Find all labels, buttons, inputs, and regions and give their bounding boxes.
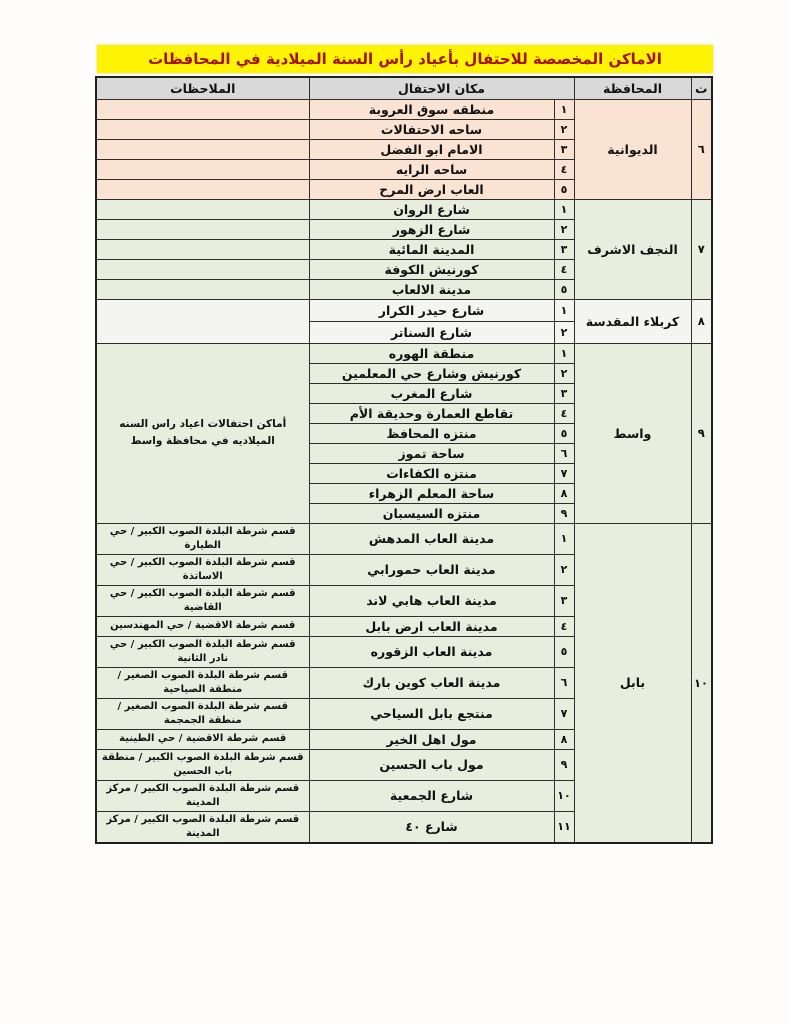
column-header-place: مكان الاحتفال xyxy=(309,77,574,99)
notes-cell xyxy=(96,199,309,219)
serial-cell: ١٠ xyxy=(691,523,712,843)
notes-cell xyxy=(96,259,309,279)
row-number-cell: ٨ xyxy=(554,729,574,749)
row-number-cell: ٦ xyxy=(554,667,574,698)
notes-cell xyxy=(96,239,309,259)
notes-merged-cell xyxy=(96,299,309,343)
row-number-cell: ٩ xyxy=(554,503,574,523)
place-cell: منتزه الكفاءات xyxy=(309,463,554,483)
row-number-cell: ٢ xyxy=(554,119,574,139)
serial-cell: ٩ xyxy=(691,343,712,523)
table-row: ٧النجف الاشرف١شارع الروان xyxy=(96,199,712,219)
place-cell: ساحة تموز xyxy=(309,443,554,463)
place-cell: شارع السناتر xyxy=(309,321,554,343)
place-cell: ساحه الاحتفالات xyxy=(309,119,554,139)
serial-cell: ٨ xyxy=(691,299,712,343)
notes-cell xyxy=(96,139,309,159)
notes-cell xyxy=(96,279,309,299)
notes-cell: قسم شرطة الاقضية / حي المهندسين xyxy=(96,616,309,636)
row-number-cell: ٣ xyxy=(554,585,574,616)
place-cell: مدينة الالعاب xyxy=(309,279,554,299)
notes-cell: قسم شرطة البلدة الصوب الكبير / حي القاضي… xyxy=(96,585,309,616)
notes-cell xyxy=(96,119,309,139)
row-number-cell: ٢ xyxy=(554,363,574,383)
row-number-cell: ٤ xyxy=(554,403,574,423)
notes-cell: قسم شرطة البلدة الصوب الصغير / منطقة الص… xyxy=(96,667,309,698)
place-cell: مول باب الحسين xyxy=(309,749,554,780)
place-cell: مدينة العاب ارض بابل xyxy=(309,616,554,636)
place-cell: كورنيش وشارع حي المعلمين xyxy=(309,363,554,383)
place-cell: منتزه المحافظ xyxy=(309,423,554,443)
row-number-cell: ٣ xyxy=(554,239,574,259)
place-cell: مدينة العاب الزقوره xyxy=(309,636,554,667)
row-number-cell: ٢ xyxy=(554,554,574,585)
row-number-cell: ٤ xyxy=(554,259,574,279)
notes-cell xyxy=(96,159,309,179)
place-cell: منطقة الهوره xyxy=(309,343,554,363)
notes-cell: قسم شرطة البلدة الصوب الكبير / حي نادر ا… xyxy=(96,636,309,667)
governorate-cell: الديوانية xyxy=(574,99,691,199)
serial-cell: ٧ xyxy=(691,199,712,299)
row-number-cell: ٦ xyxy=(554,443,574,463)
document-title: الاماكن المخصصة للاحتفال بأعياد رأس السن… xyxy=(97,45,713,73)
place-cell: كورنيش الكوفة xyxy=(309,259,554,279)
column-header-notes: الملاحظات xyxy=(96,77,309,99)
row-number-cell: ٣ xyxy=(554,383,574,403)
notes-cell: قسم شرطة البلدة الصوب الكبير / منطقة باب… xyxy=(96,749,309,780)
scanned-document-page: الاماكن المخصصة للاحتفال بأعياد رأس السن… xyxy=(0,0,790,1024)
row-number-cell: ١١ xyxy=(554,811,574,843)
serial-cell: ٦ xyxy=(691,99,712,199)
place-cell: تقاطع العمارة وحديقة الأم xyxy=(309,403,554,423)
notes-merged-cell: أماكن احتفالات اعياد راس السنه الميلاديه… xyxy=(96,343,309,523)
notes-cell xyxy=(96,179,309,199)
governorate-cell: بابل xyxy=(574,523,691,843)
governorate-cell: واسط xyxy=(574,343,691,523)
place-cell: مدينة العاب المدهش xyxy=(309,523,554,554)
governorate-cell: كربلاء المقدسة xyxy=(574,299,691,343)
notes-cell: قسم شرطة الاقضية / حي الطينية xyxy=(96,729,309,749)
row-number-cell: ١ xyxy=(554,99,574,119)
place-cell: مدينة العاب حمورابي xyxy=(309,554,554,585)
place-cell: شارع الزهور xyxy=(309,219,554,239)
table-row: ٩واسط١منطقة الهورهأماكن احتفالات اعياد ر… xyxy=(96,343,712,363)
celebration-places-table: ت المحافظة مكان الاحتفال الملاحظات ٦الدي… xyxy=(95,76,713,844)
notes-cell: قسم شرطة البلدة الصوب الصغير / منطقة الج… xyxy=(96,698,309,729)
row-number-cell: ٩ xyxy=(554,749,574,780)
place-cell: شارع الجمعية xyxy=(309,780,554,811)
place-cell: مدينة العاب كوين بارك xyxy=(309,667,554,698)
notes-cell xyxy=(96,99,309,119)
row-number-cell: ٨ xyxy=(554,483,574,503)
place-cell: مول اهل الخير xyxy=(309,729,554,749)
row-number-cell: ١ xyxy=(554,523,574,554)
notes-cell: قسم شرطة البلدة الصوب الكبير / حي الاسات… xyxy=(96,554,309,585)
row-number-cell: ٤ xyxy=(554,616,574,636)
row-number-cell: ٥ xyxy=(554,636,574,667)
row-number-cell: ١٠ xyxy=(554,780,574,811)
row-number-cell: ٧ xyxy=(554,698,574,729)
place-cell: ساحه الرايه xyxy=(309,159,554,179)
column-header-governorate: المحافظة xyxy=(574,77,691,99)
row-number-cell: ٢ xyxy=(554,321,574,343)
row-number-cell: ١ xyxy=(554,199,574,219)
notes-cell: قسم شرطة البلدة الصوب الكبير / مركز المد… xyxy=(96,780,309,811)
table-row: ٦الديوانية١منطقه سوق العروبة xyxy=(96,99,712,119)
row-number-cell: ٥ xyxy=(554,423,574,443)
governorate-cell: النجف الاشرف xyxy=(574,199,691,299)
place-cell: شارع ٤٠ xyxy=(309,811,554,843)
notes-cell xyxy=(96,219,309,239)
row-number-cell: ٥ xyxy=(554,279,574,299)
place-cell: العاب ارض المرح xyxy=(309,179,554,199)
table-header-row: ت المحافظة مكان الاحتفال الملاحظات xyxy=(96,77,712,99)
place-cell: منتجع بابل السياحي xyxy=(309,698,554,729)
row-number-cell: ٢ xyxy=(554,219,574,239)
table-body: ٦الديوانية١منطقه سوق العروبة٢ساحه الاحتف… xyxy=(96,99,712,843)
place-cell: شارع حيدر الكرار xyxy=(309,299,554,321)
place-cell: شارع المغرب xyxy=(309,383,554,403)
row-number-cell: ٥ xyxy=(554,179,574,199)
row-number-cell: ٧ xyxy=(554,463,574,483)
table-row: ٨كربلاء المقدسة١شارع حيدر الكرار xyxy=(96,299,712,321)
place-cell: منتزه السيسبان xyxy=(309,503,554,523)
place-cell: شارع الروان xyxy=(309,199,554,219)
place-cell: المدينة المائية xyxy=(309,239,554,259)
place-cell: مدينة العاب هابي لاند xyxy=(309,585,554,616)
place-cell: ساحة المعلم الزهراء xyxy=(309,483,554,503)
table-row: ١٠بابل١مدينة العاب المدهشقسم شرطة البلدة… xyxy=(96,523,712,554)
row-number-cell: ٣ xyxy=(554,139,574,159)
notes-cell: قسم شرطة البلدة الصوب الكبير / حي الطيار… xyxy=(96,523,309,554)
place-cell: منطقه سوق العروبة xyxy=(309,99,554,119)
row-number-cell: ١ xyxy=(554,343,574,363)
row-number-cell: ٤ xyxy=(554,159,574,179)
column-header-serial: ت xyxy=(691,77,712,99)
notes-cell: قسم شرطة البلدة الصوب الكبير / مركز المد… xyxy=(96,811,309,843)
place-cell: الامام ابو الفضل xyxy=(309,139,554,159)
row-number-cell: ١ xyxy=(554,299,574,321)
